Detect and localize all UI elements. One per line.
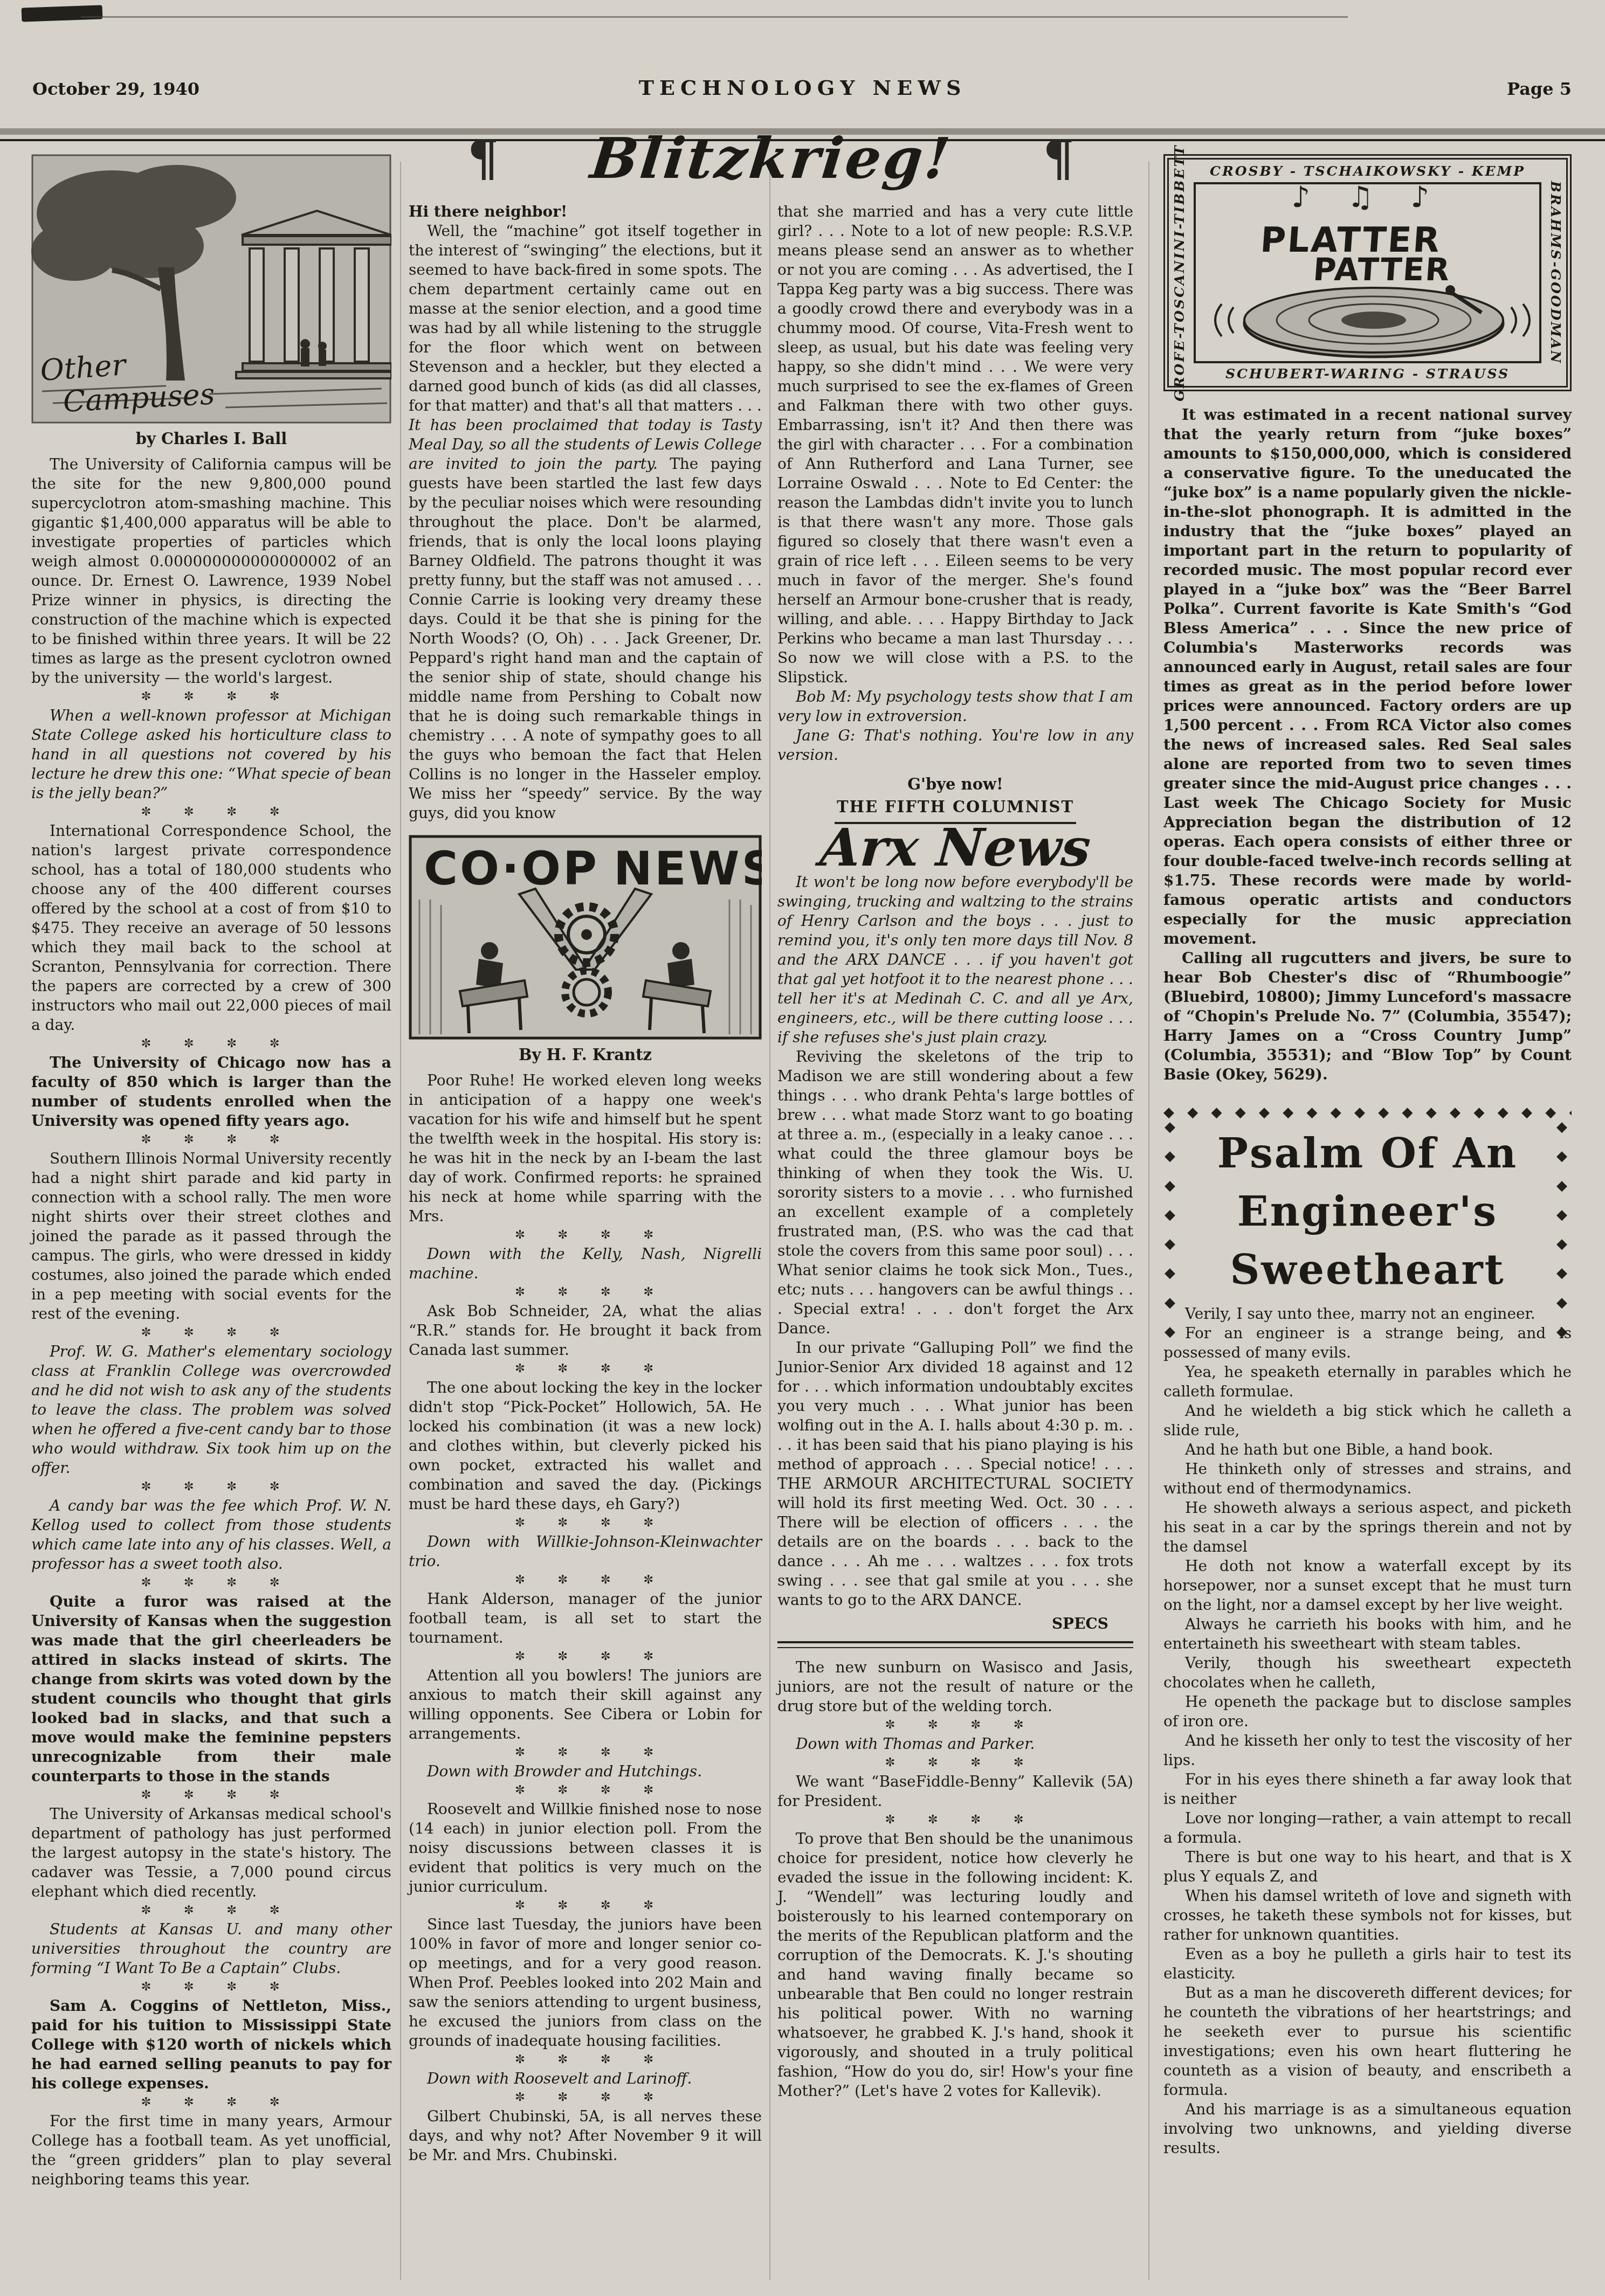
star-divider: ✼ ✼ ✼ ✼ (31, 1574, 391, 1592)
paragraph-text: For the first time in many years, Armour… (31, 2112, 391, 2189)
paragraph-text: Hank Alderson, manager of the junior foo… (409, 1589, 762, 1648)
diamond-border-top: ◆ ◆ ◆ ◆ ◆ ◆ ◆ ◆ ◆ ◆ ◆ ◆ ◆ ◆ ◆ ◆ ◆ ◆ ◆ ◆ … (1163, 1103, 1572, 1120)
paragraph-text: The University of California campus will… (31, 455, 391, 688)
star-divider: ✼ ✼ ✼ ✼ (409, 2051, 762, 2069)
star-divider: ✼ ✼ ✼ ✼ (409, 2088, 762, 2107)
news-item: ✼ ✼ ✼ ✼ Students at Kansas U. and many o… (31, 1901, 391, 1978)
news-item: ✼ ✼ ✼ ✼ For the first time in many years… (31, 2093, 391, 2189)
platter-title-word1: PLATTER (1260, 231, 1442, 250)
blitzkrieg-column-2: that she married and has a very cute lit… (777, 202, 1133, 2101)
paragraph-text: Prof. W. G. Mather's elementary sociolog… (31, 1342, 391, 1478)
pilcrow-icon: ¶ (467, 129, 499, 187)
star-divider: ✼ ✼ ✼ ✼ (777, 1754, 1133, 1772)
pilcrow-icon: ¶ (1043, 129, 1074, 187)
star-divider: ✼ ✼ ✼ ✼ (409, 1744, 762, 1762)
psalm-verse: He showeth always a serious aspect, and … (1163, 1498, 1572, 1557)
news-item: ✼ ✼ ✼ ✼ Roosevelt and Willkie finished n… (409, 1781, 762, 1897)
paragraph-text: Down with Roosevelt and Larinoff. (409, 2069, 762, 2088)
star-divider: ✼ ✼ ✼ ✼ (409, 1283, 762, 1302)
news-item: ✼ ✼ ✼ ✼ Down with Roosevelt and Larinoff… (409, 2051, 762, 2088)
psalm-title-line3: Sweetheart (1194, 1241, 1541, 1299)
other-campuses-items: ✼ ✼ ✼ ✼ The University of California cam… (31, 455, 391, 2189)
platter-border-right-label: BRAHMS-GOODMAN (1546, 181, 1565, 364)
news-item: ✼ ✼ ✼ ✼ A candy bar was the fee which Pr… (31, 1478, 391, 1574)
psalm-verse: Yea, he speaketh eternally in parables w… (1163, 1363, 1572, 1401)
signoff-columnist: THE FIFTH COLUMNIST (777, 797, 1133, 817)
paragraph-text: Calling all rugcutters and jivers, be su… (1163, 949, 1572, 1084)
platter-patter-column: CROSBY - TSCHAIKOWSKY - KEMP SCHUBERT-WA… (1163, 154, 1572, 2158)
paragraph-text: Quite a furor was raised at the Universi… (31, 1592, 391, 1786)
news-item: ✼ ✼ ✼ ✼ Down with Browder and Hutchings. (409, 1744, 762, 1781)
star-divider: ✼ ✼ ✼ ✼ (409, 1226, 762, 1244)
star-divider: ✼ ✼ ✼ ✼ (409, 1648, 762, 1666)
star-divider: ✼ ✼ ✼ ✼ (31, 803, 391, 821)
blitzkrieg-note-2: Jane G: That's nothing. You're low in an… (777, 726, 1133, 765)
platter-title-word2: PATTER (1313, 260, 1451, 279)
paragraph-text: The one about locking the key in the loc… (409, 1378, 762, 1514)
psalm-verse: For an engineer is a strange being, and … (1163, 1324, 1572, 1363)
news-item: ✼ ✼ ✼ ✼ Southern Illinois Normal Univers… (31, 1131, 391, 1324)
paragraph-text: Reviving the skeletons of the trip to Ma… (777, 1047, 1133, 1338)
paragraph-text: Gilbert Chubinski, 5A, is all nerves the… (409, 2107, 762, 2165)
news-item: ✼ ✼ ✼ ✼ Gilbert Chubinski, 5A, is all ne… (409, 2088, 762, 2165)
paragraph-text: The University of Chicago now has a facu… (31, 1053, 391, 1131)
news-item: ✼ ✼ ✼ ✼ International Correspondence Sch… (31, 803, 391, 1035)
news-item: ✼ ✼ ✼ ✼ The University of Chicago now ha… (31, 1035, 391, 1131)
paragraph-text: Down with the Kelly, Nash, Nigrelli mach… (409, 1244, 762, 1283)
platter-border-bottom-label: SCHUBERT-WARING - STRAUSS (1169, 364, 1566, 384)
blitzkrieg-title: Blitzkrieg! (587, 125, 955, 191)
psalm-verse: He openeth the package but to disclose s… (1163, 1692, 1572, 1731)
psalm-title-line1: Psalm Of An (1194, 1124, 1541, 1182)
paragraph-text: Down with Willkie-Johnson-Kleinwachter t… (409, 1532, 762, 1571)
column-rule-1 (400, 162, 401, 2280)
star-divider: ✼ ✼ ✼ ✼ (31, 688, 391, 706)
segment-roman: The paying guests have been startled the… (409, 455, 762, 822)
star-divider: ✼ ✼ ✼ ✼ (777, 1716, 1133, 1734)
star-divider: ✼ ✼ ✼ ✼ (409, 1514, 762, 1532)
paragraph-text: A candy bar was the fee which Prof. W. N… (31, 1496, 391, 1574)
psalm-verse: Even as a boy he pulleth a girls hair to… (1163, 1945, 1572, 1983)
paragraph-text: Since last Tuesday, the juniors have bee… (409, 1915, 762, 2051)
coop-byline: By H. F. Krantz (409, 1045, 762, 1064)
blitzkrieg-paragraph-1: Well, the “machine” got itself together … (409, 222, 762, 823)
diamond-border-right: ◆ ◆ ◆ ◆ ◆ ◆ ◆ ◆ ◆ ◆ ◆ ◆ ◆ ◆ ◆ ◆ ◆ ◆ ◆ ◆ … (1555, 1119, 1572, 1356)
paragraph-text: Sam A. Coggins of Nettleton, Miss., paid… (31, 1996, 391, 2093)
news-item: ✼ ✼ ✼ ✼ When a well-known professor at M… (31, 688, 391, 803)
platter-border-top-label: CROSBY - TSCHAIKOWSKY - KEMP (1169, 162, 1566, 181)
other-campuses-column: Other Campuses by Charles I. Ball ✼ ✼ ✼ … (31, 154, 391, 2189)
blitzkrieg-paragraph-2: that she married and has a very cute lit… (777, 202, 1133, 687)
coop-news-illustration: CO·OP NEWS (409, 835, 762, 1040)
paragraph-text: In our private “Galluping Poll” we find … (777, 1338, 1133, 1610)
diamond-border-left: ◆ ◆ ◆ ◆ ◆ ◆ ◆ ◆ ◆ ◆ ◆ ◆ ◆ ◆ ◆ ◆ ◆ ◆ ◆ ◆ … (1163, 1119, 1180, 1356)
news-item: ✼ ✼ ✼ ✼ Quite a furor was raised at the … (31, 1574, 391, 1786)
star-divider: ✼ ✼ ✼ ✼ (31, 1478, 391, 1496)
coop-items: ✼ ✼ ✼ ✼ Poor Ruhe! He worked eleven long… (409, 1071, 762, 2165)
news-item: ✼ ✼ ✼ ✼ The new sunburn on Wasisco and J… (777, 1658, 1133, 1716)
arx-signature: SPECS (777, 1614, 1133, 1634)
masthead-title: TECHNOLOGY NEWS (0, 75, 1605, 100)
platter-border-left-label: GROFE-TOSCANINI-TIBBETT (1170, 144, 1189, 401)
psalm-verse: And he kisseth her only to test the visc… (1163, 1731, 1572, 1770)
segment-roman: Well, the “machine” got itself together … (409, 222, 762, 414)
star-divider: ✼ ✼ ✼ ✼ (31, 2093, 391, 2112)
paragraph-text: We want “BaseFiddle-Benny” Kallevik (5A)… (777, 1772, 1133, 1811)
paragraph-text: To prove that Ben should be the unanimou… (777, 1829, 1133, 2101)
psalm-verse: Verily, though his sweetheart expecteth … (1163, 1654, 1572, 1692)
psalm-verse: And he wieldeth a big stick which he cal… (1163, 1401, 1572, 1440)
paragraph-text: Southern Illinois Normal University rece… (31, 1149, 391, 1324)
news-item: ✼ ✼ ✼ ✼ Hank Alderson, manager of the ju… (409, 1571, 762, 1648)
news-item: ✼ ✼ ✼ ✼ Down with Willkie-Johnson-Kleinw… (409, 1514, 762, 1571)
column-rule-2 (769, 162, 770, 2280)
coop-title-left: CO·OP (424, 842, 599, 896)
psalm-verse: For in his eyes there shineth a far away… (1163, 1770, 1572, 1809)
news-item: ✼ ✼ ✼ ✼ The University of Arkansas medic… (31, 1786, 391, 1901)
specs-items: ✼ ✼ ✼ ✼ The new sunburn on Wasisco and J… (777, 1658, 1133, 2101)
psalm-verse: Always he carrieth his books with him, a… (1163, 1615, 1572, 1654)
scan-artifact-blob (22, 5, 103, 22)
star-divider: ✼ ✼ ✼ ✼ (31, 1901, 391, 1920)
blitzkrieg-note-1: Bob M: My psychology tests show that I a… (777, 687, 1133, 726)
paragraph-text: It won't be long now before everybody'll… (777, 873, 1133, 1047)
star-divider: ✼ ✼ ✼ ✼ (409, 1897, 762, 1915)
news-item: ✼ ✼ ✼ ✼ To prove that Ben should be the … (777, 1811, 1133, 2101)
paragraph-text: Students at Kansas U. and many other uni… (31, 1920, 391, 1978)
platter-inner-panel: ♪ ♫ ♪ PLATTER PATTER (1194, 182, 1541, 363)
psalm-verses: Verily, I say unto thee, marry not an en… (1163, 1304, 1572, 2158)
paragraph-text: Roosevelt and Willkie finished nose to n… (409, 1800, 762, 1897)
psalm-box: ◆ ◆ ◆ ◆ ◆ ◆ ◆ ◆ ◆ ◆ ◆ ◆ ◆ ◆ ◆ ◆ ◆ ◆ ◆ ◆ … (1163, 1103, 1572, 1304)
psalm-verse: And his marriage is as a simultaneous eq… (1163, 2100, 1572, 2158)
paragraph-text: Poor Ruhe! He worked eleven long weeks i… (409, 1071, 762, 1226)
paragraph-text: Down with Browder and Hutchings. (409, 1762, 762, 1781)
star-divider: ✼ ✼ ✼ ✼ (409, 1571, 762, 1589)
other-campuses-byline: by Charles I. Ball (31, 429, 391, 448)
blitzkrieg-header: ¶ Blitzkrieg! ¶ (409, 122, 1133, 194)
star-divider: ✼ ✼ ✼ ✼ (409, 1360, 762, 1378)
star-divider: ✼ ✼ ✼ ✼ (31, 1035, 391, 1053)
platter-paragraphs: It was estimated in a recent national su… (1163, 405, 1572, 1084)
signoff-gbye: G'bye now! (777, 774, 1133, 794)
paragraph-text: It was estimated in a recent national su… (1163, 405, 1572, 949)
psalm-verse: Verily, I say unto thee, marry not an en… (1163, 1304, 1572, 1324)
column-rule-3 (1148, 162, 1149, 2280)
other-campuses-caption-1: Other (39, 348, 129, 388)
paragraph-text: When a well-known professor at Michigan … (31, 706, 391, 803)
news-item: ✼ ✼ ✼ ✼ Poor Ruhe! He worked eleven long… (409, 1071, 762, 1226)
star-divider: ✼ ✼ ✼ ✼ (31, 1324, 391, 1342)
news-item: ✼ ✼ ✼ ✼ We want “BaseFiddle-Benny” Kalle… (777, 1754, 1133, 1811)
paragraph-text: Down with Thomas and Parker. (777, 1734, 1133, 1754)
psalm-verse: He thinketh only of stresses and strains… (1163, 1460, 1572, 1498)
coop-title-right: NEWS (614, 842, 762, 896)
blitzkrieg-column-1: Hi there neighbor! Well, the “machine” g… (409, 202, 762, 2165)
arx-paragraphs: It won't be long now before everybody'll… (777, 873, 1133, 1610)
psalm-verse: Love nor longing—rather, a vain attempt … (1163, 1809, 1572, 1848)
paragraph-text: Attention all you bowlers! The juniors a… (409, 1666, 762, 1744)
news-item: ✼ ✼ ✼ ✼ Ask Bob Schneider, 2A, what the … (409, 1283, 762, 1360)
star-divider: ✼ ✼ ✼ ✼ (409, 1781, 762, 1800)
psalm-verse: He doth not know a waterfall except by i… (1163, 1557, 1572, 1615)
news-item: ✼ ✼ ✼ ✼ The University of California cam… (31, 455, 391, 688)
record-illustration (1196, 280, 1541, 361)
psalm-verse: When his damsel writeth of love and sign… (1163, 1886, 1572, 1945)
news-item: ✼ ✼ ✼ ✼ Since last Tuesday, the juniors … (409, 1897, 762, 2051)
psalm-title: Psalm Of An Engineer's Sweetheart (1194, 1124, 1541, 1299)
news-item: ✼ ✼ ✼ ✼ Down with Thomas and Parker. (777, 1716, 1133, 1754)
arx-news-title: Arx News (777, 838, 1134, 857)
star-divider: ✼ ✼ ✼ ✼ (777, 1811, 1133, 1829)
news-item: ✼ ✼ ✼ ✼ The one about locking the key in… (409, 1360, 762, 1514)
paragraph-text: Ask Bob Schneider, 2A, what the alias “R… (409, 1302, 762, 1360)
paragraph-text: The new sunburn on Wasisco and Jasis, ju… (777, 1658, 1133, 1716)
psalm-title-line2: Engineer's (1194, 1182, 1541, 1241)
section-double-rule (777, 1641, 1133, 1648)
blitzkrieg-lead: Hi there neighbor! (409, 202, 762, 222)
news-item: ✼ ✼ ✼ ✼ Sam A. Coggins of Nettleton, Mis… (31, 1978, 391, 2093)
page-number: Page 5 (1507, 79, 1572, 99)
psalm-verse: And he hath but one Bible, a hand book. (1163, 1440, 1572, 1460)
psalm-verse: There is but one way to his heart, and t… (1163, 1848, 1572, 1886)
music-notes-icon: ♪ ♫ ♪ (1196, 188, 1539, 207)
psalm-verse: But as a man he discovereth different de… (1163, 1983, 1572, 2100)
paragraph-text: The University of Arkansas medical schoo… (31, 1804, 391, 1901)
news-item: ✼ ✼ ✼ ✼ Prof. W. G. Mather's elementary … (31, 1324, 391, 1478)
news-item: ✼ ✼ ✼ ✼ Attention all you bowlers! The j… (409, 1648, 762, 1744)
platter-patter-box: CROSBY - TSCHAIKOWSKY - KEMP SCHUBERT-WA… (1163, 154, 1572, 391)
news-item: ✼ ✼ ✼ ✼ Down with the Kelly, Nash, Nigre… (409, 1226, 762, 1283)
star-divider: ✼ ✼ ✼ ✼ (31, 1786, 391, 1804)
star-divider: ✼ ✼ ✼ ✼ (31, 1978, 391, 1996)
paragraph-text: International Correspondence School, the… (31, 821, 391, 1035)
scan-artifact-line (81, 16, 1348, 18)
campus-illustration: Other Campuses (31, 154, 391, 424)
star-divider: ✼ ✼ ✼ ✼ (31, 1131, 391, 1149)
